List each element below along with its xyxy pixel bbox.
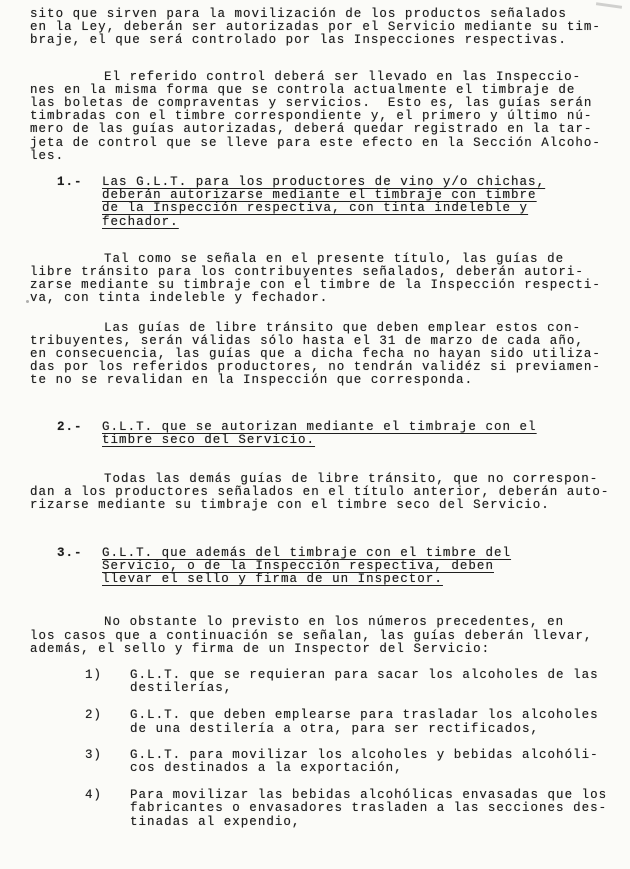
text-line: de la Inspección respectiva, con tinta i… [102, 202, 545, 215]
text-line: cos destinados a la exportación, [130, 762, 599, 775]
paragraph: Las guías de libre tránsito que deben em… [30, 322, 615, 388]
text-line: G.L.T. para movilizar los alcoholes y be… [130, 749, 599, 762]
text-line: timbre seco del Servicio. [102, 434, 537, 447]
paragraph: Tal como se señala en el presente título… [30, 253, 615, 306]
text-line: de una destilería a otra, para ser recti… [130, 723, 599, 736]
text-line: jeta de control que se lleve para este e… [30, 137, 615, 150]
paragraph: El referido control deberá ser llevado e… [30, 71, 615, 163]
paragraph: Todas las demás guías de libre tránsito,… [30, 473, 615, 513]
numbered-heading: 3.-G.L.T. que además del timbraje con el… [30, 547, 615, 587]
paragraph: sito que sirven para la movilización de … [30, 8, 615, 48]
list-item: 1)G.L.T. que se requieran para sacar los… [30, 669, 615, 695]
document-body: sito que sirven para la movilización de … [30, 8, 615, 829]
text-lines: Tal como se señala en el presente título… [30, 253, 615, 306]
item-number: 2.- [57, 421, 102, 434]
text-lines: G.L.T. que deben emplearse para traslada… [130, 709, 599, 735]
text-line: G.L.T. que se autorizan mediante el timb… [102, 421, 537, 434]
item-number: 3) [85, 749, 130, 762]
text-line: los casos que a continuación se señalan,… [30, 630, 615, 643]
text-lines: G.L.T. que se requieran para sacar los a… [130, 669, 599, 695]
numbered-heading: 2.-G.L.T. que se autorizan mediante el t… [30, 421, 615, 447]
text-lines: El referido control deberá ser llevado e… [30, 71, 615, 163]
scan-artifact [26, 300, 29, 303]
text-lines: Las G.L.T. para los productores de vino … [102, 176, 545, 229]
text-line: rizarse mediante su timbraje con el timb… [30, 499, 615, 512]
text-lines: Para movilizar las bebidas alcohólicas e… [130, 789, 607, 829]
text-lines: G.L.T. que además del timbraje con el ti… [102, 547, 511, 587]
list-item: 4)Para movilizar las bebidas alcohólicas… [30, 789, 615, 829]
text-line: fechador. [102, 216, 545, 229]
text-line: te no se revalidan en la Inspección que … [30, 374, 615, 387]
text-line: además, el sello y firma de un Inspector… [30, 643, 615, 656]
numbered-heading: 1.-Las G.L.T. para los productores de vi… [30, 176, 615, 229]
item-number: 1.- [57, 176, 102, 189]
paragraph: No obstante lo previsto en los números p… [30, 616, 615, 656]
text-line: va, con tinta indeleble y fechador. [30, 292, 615, 305]
scanned-document-page: sito que sirven para la movilización de … [0, 0, 630, 869]
item-number: 3.- [57, 547, 102, 560]
text-line: G.L.T. que deben emplearse para traslada… [130, 709, 599, 722]
list-item: 3)G.L.T. para movilizar los alcoholes y … [30, 749, 615, 775]
text-line: G.L.T. que además del timbraje con el ti… [102, 547, 511, 560]
text-lines: No obstante lo previsto en los números p… [30, 616, 615, 656]
text-line: El referido control deberá ser llevado e… [30, 71, 615, 84]
item-number: 2) [85, 709, 130, 722]
text-lines: sito que sirven para la movilización de … [30, 8, 615, 48]
text-line: llevar el sello y firma de un Inspector. [102, 573, 511, 586]
text-lines: G.L.T. para movilizar los alcoholes y be… [130, 749, 599, 775]
text-lines: Las guías de libre tránsito que deben em… [30, 322, 615, 388]
text-line: tinadas al expendio, [130, 816, 607, 829]
text-line: Las guías de libre tránsito que deben em… [30, 322, 615, 335]
list-item: 2)G.L.T. que deben emplearse para trasla… [30, 709, 615, 735]
text-lines: Todas las demás guías de libre tránsito,… [30, 473, 615, 513]
text-line: les. [30, 150, 615, 163]
text-line: fabricantes o envasadores trasladen a la… [130, 802, 607, 815]
item-number: 4) [85, 789, 130, 802]
text-lines: G.L.T. que se autorizan mediante el timb… [102, 421, 537, 447]
text-line: destilerías, [130, 682, 599, 695]
text-line: mero de las guías autorizadas, deberá qu… [30, 123, 615, 136]
text-line: braje, el que será controlado por las In… [30, 34, 615, 47]
item-number: 1) [85, 669, 130, 682]
text-line: No obstante lo previsto en los números p… [30, 616, 615, 629]
